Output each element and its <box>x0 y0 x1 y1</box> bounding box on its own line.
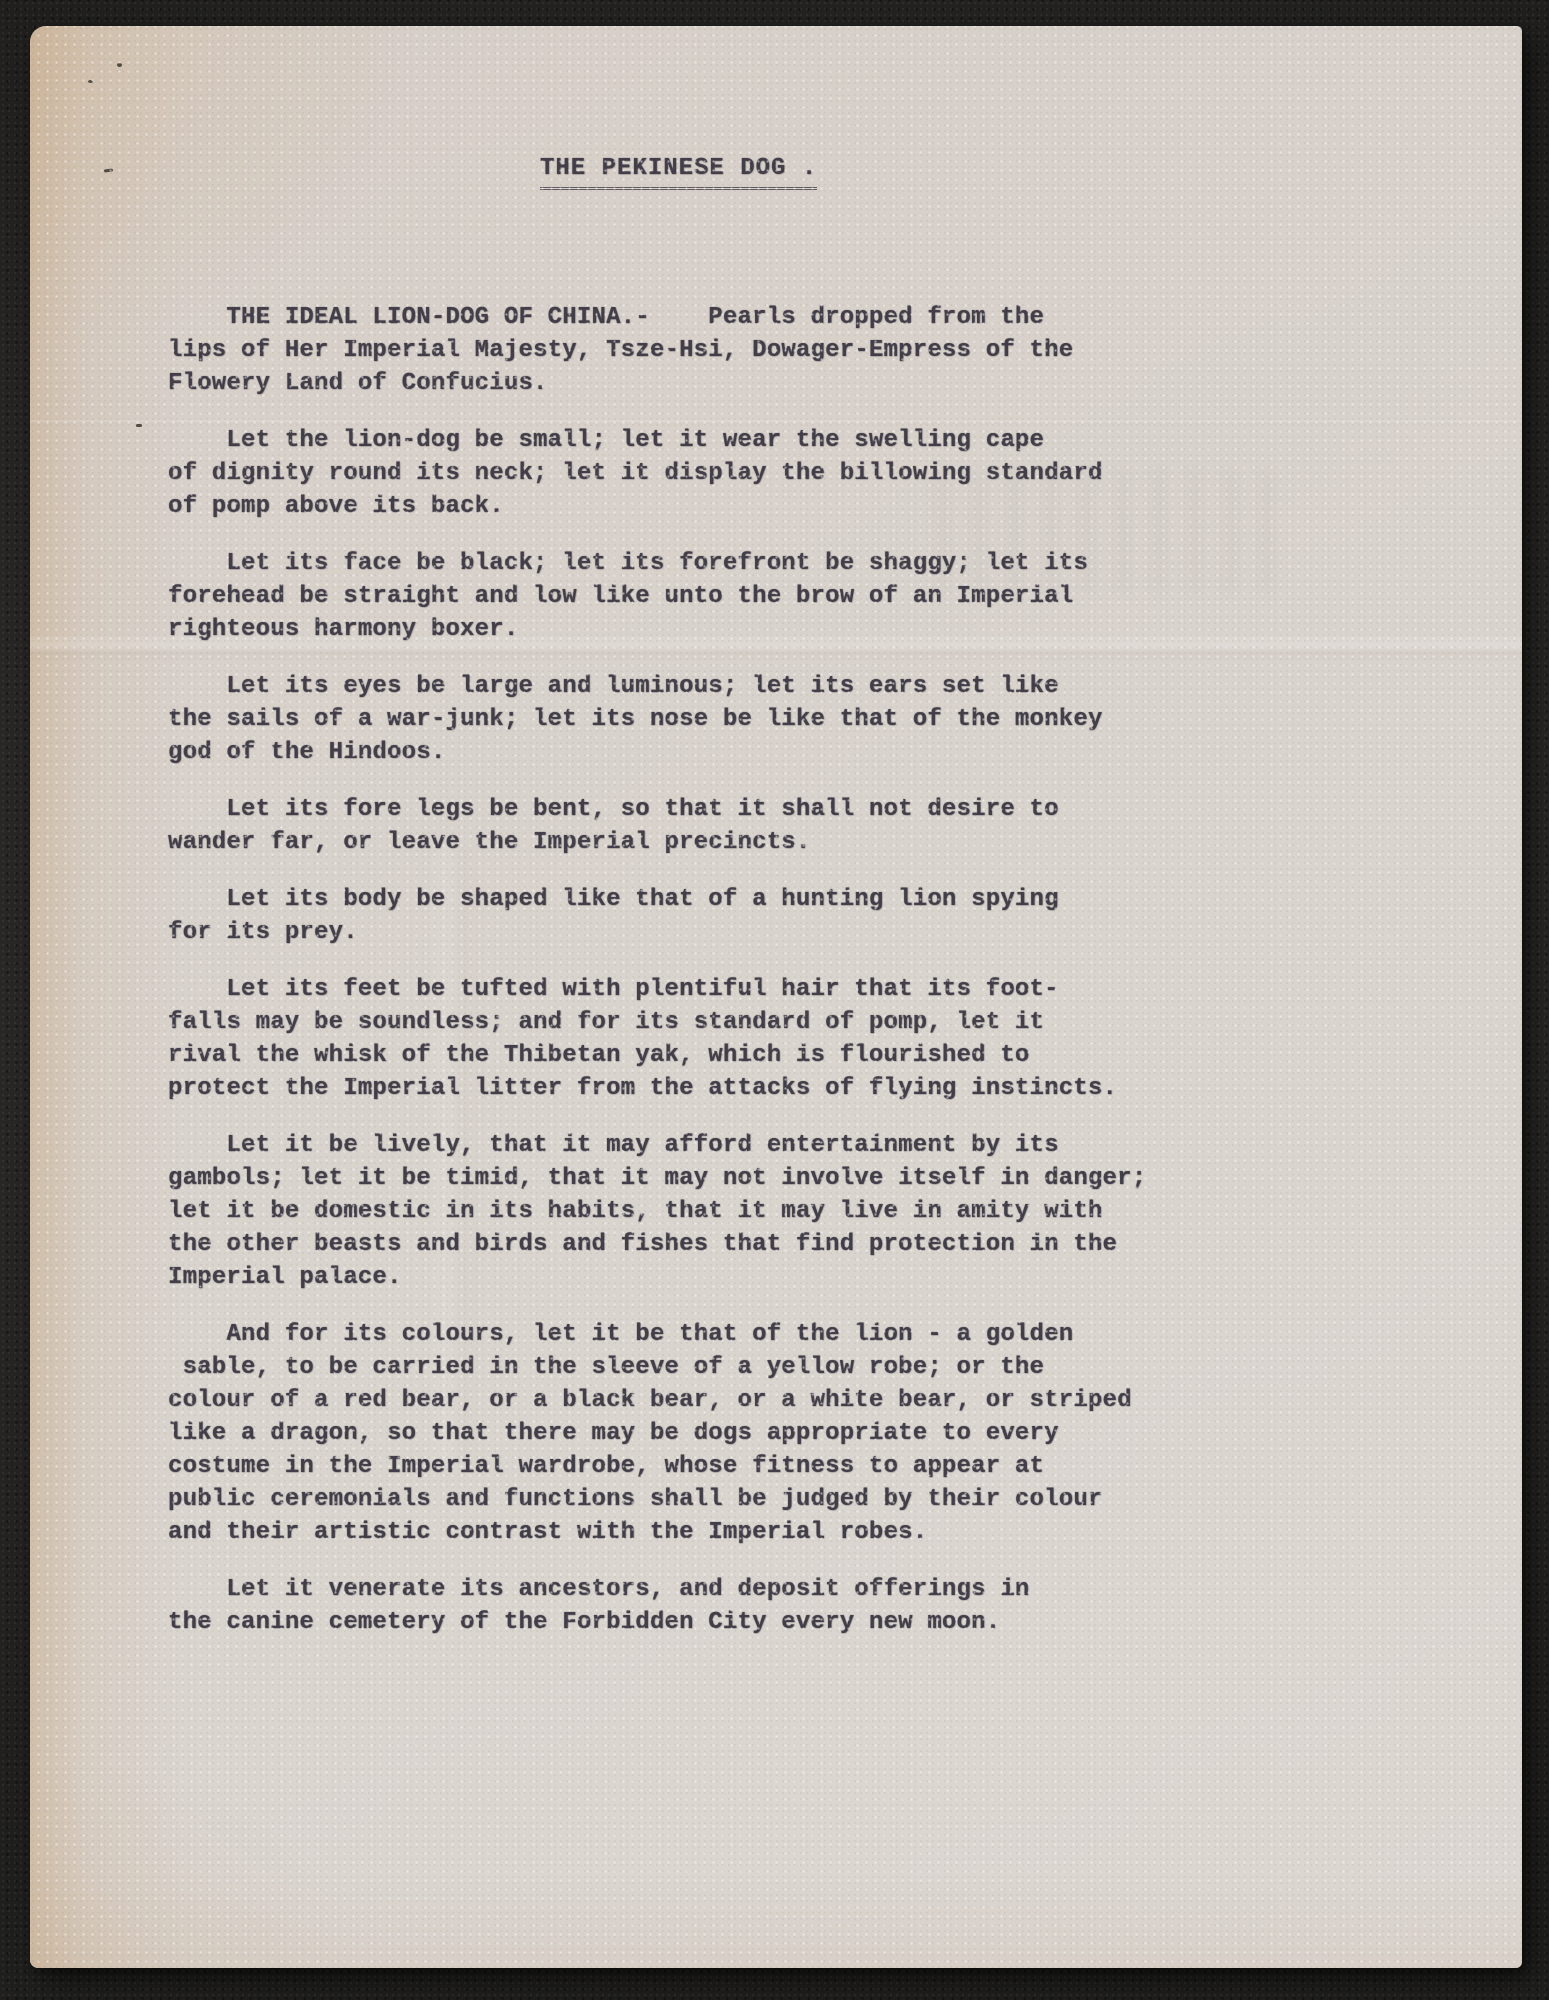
paper-sheet: THE PEKINESE DOG . THE IDEAL LION-DOG OF… <box>30 26 1522 1968</box>
paragraph-feet-tufted: Let its feet be tufted with plentiful ha… <box>168 973 1458 1105</box>
ink-speck <box>104 168 113 172</box>
paragraph-body-shape: Let its body be shaped like that of a hu… <box>168 883 1458 949</box>
title-text: THE PEKINESE DOG . <box>540 155 817 190</box>
paragraph-eyes-luminous: Let its eyes be large and luminous; let … <box>168 670 1458 769</box>
paragraph-face-black: Let its face be black; let its forefront… <box>168 547 1458 646</box>
ink-speck <box>88 80 93 83</box>
paragraph-small: Let the lion-dog be small; let it wear t… <box>168 424 1458 523</box>
document-title: THE PEKINESE DOG . <box>168 152 1458 185</box>
paragraph-fore-legs: Let its fore legs be bent, so that it sh… <box>168 793 1458 859</box>
paragraph-colours: And for its colours, let it be that of t… <box>168 1318 1458 1549</box>
ink-speck <box>117 63 122 67</box>
paragraph-venerate-ancestors: Let it venerate its ancestors, and depos… <box>168 1573 1458 1639</box>
paragraph-ideal-lion-dog: THE IDEAL LION-DOG OF CHINA.- Pearls dro… <box>168 301 1458 400</box>
paragraph-lively-timid: Let it be lively, that it may afford ent… <box>168 1129 1458 1294</box>
ink-speck <box>136 424 142 427</box>
document-body: THE PEKINESE DOG . THE IDEAL LION-DOG OF… <box>168 152 1458 1663</box>
scan-background: { "colors": { "scan_background": "#2a292… <box>0 0 1549 2000</box>
